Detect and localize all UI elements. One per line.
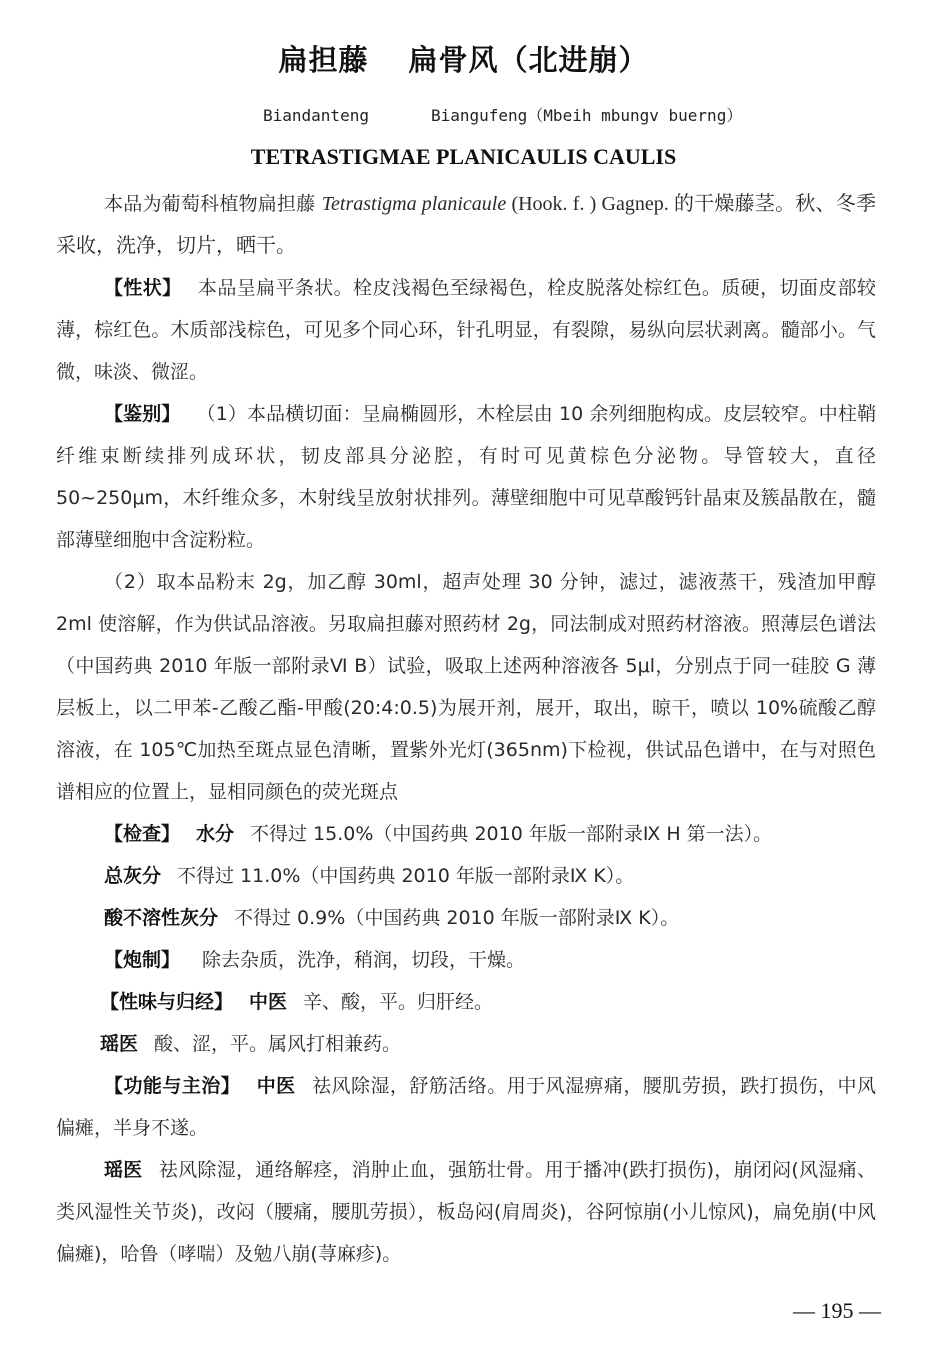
- water-text: 不得过 15.0%（中国药典 2010 年版一部附录Ⅸ H 第一法）。: [250, 823, 772, 845]
- function-yao-label: 瑶医: [104, 1159, 143, 1181]
- monograph-body: 本品为葡萄科植物扁担藤 Tetrastigma planicaule (Hook…: [56, 183, 876, 1275]
- identification-item-2: （2）取本品粉末 2g，加乙醇 30ml，超声处理 30 分钟，滤过，滤液蒸干，…: [56, 571, 876, 803]
- nature-yao-line: 瑶医酸、涩，平。属风打相兼药。: [56, 1023, 876, 1065]
- processing-heading: 【炮制】: [104, 949, 180, 971]
- nature-heading: 【性味与归经】: [100, 991, 233, 1013]
- total-ash-text: 不得过 11.0%（中国药典 2010 年版一部附录Ⅸ K）。: [177, 865, 634, 887]
- identification-heading: 【鉴别】: [104, 403, 180, 425]
- total-ash-line: 总灰分不得过 11.0%（中国药典 2010 年版一部附录Ⅸ K）。: [56, 855, 876, 897]
- scientific-name: Tetrastigma planicaule: [322, 193, 507, 215]
- intro-text-a: 本品为葡萄科植物扁担藤: [104, 193, 322, 215]
- function-yao-text: 祛风除湿，通络解痉，消肿止血，强筋壮骨。用于播冲(跌打损伤)，崩闭闷(风湿痛、类…: [56, 1159, 876, 1265]
- inspection-heading: 【检查】: [104, 823, 180, 845]
- identification-item-1: （1）本品横切面：呈扁椭圆形，木栓层由 10 余列细胞构成。皮层较窄。中柱鞘纤维…: [56, 403, 876, 551]
- identification-section-2: （2）取本品粉末 2g，加乙醇 30ml，超声处理 30 分钟，滤过，滤液蒸干，…: [56, 561, 876, 813]
- acid-insoluble-ash-line: 酸不溶性灰分不得过 0.9%（中国药典 2010 年版一部附录Ⅸ K）。: [56, 897, 876, 939]
- page-number: — 195 —: [793, 1298, 881, 1324]
- nature-tcm-text: 辛、酸，平。归肝经。: [303, 991, 493, 1013]
- function-heading: 【功能与主治】: [104, 1075, 240, 1097]
- total-ash-label: 总灰分: [104, 865, 161, 887]
- characters-heading: 【性状】: [104, 277, 182, 299]
- latin-drug-name: TETRASTIGMAE PLANICAULIS CAULIS: [0, 144, 927, 170]
- intro-paragraph: 本品为葡萄科植物扁担藤 Tetrastigma planicaule (Hook…: [56, 183, 876, 267]
- nature-yao-label: 瑶医: [100, 1033, 138, 1055]
- nature-yao-text: 酸、涩，平。属风打相兼药。: [154, 1033, 401, 1055]
- title-chinese-name: 扁担藤: [278, 43, 368, 77]
- inspection-section: 【检查】水分不得过 15.0%（中国药典 2010 年版一部附录Ⅸ H 第一法）…: [56, 813, 876, 855]
- function-tcm-label: 中医: [256, 1075, 295, 1097]
- page-title: 扁担藤扁骨风（北进崩）: [0, 38, 927, 79]
- processing-text: 除去杂质，洗净，稍润，切段，干燥。: [202, 949, 525, 971]
- function-yao-section: 瑶医祛风除湿，通络解痉，消肿止血，强筋壮骨。用于播冲(跌打损伤)，崩闭闷(风湿痛…: [56, 1149, 876, 1275]
- pinyin-alternative-name: Biangufeng（Mbeih mbungv buerng）: [431, 106, 742, 125]
- pinyin-line: BiandantengBiangufeng（Mbeih mbungv buern…: [263, 103, 742, 126]
- function-section: 【功能与主治】中医祛风除湿，舒筋活络。用于风湿痹痛，腰肌劳损，跌打损伤，中风偏瘫…: [56, 1065, 876, 1149]
- processing-section: 【炮制】除去杂质，洗净，稍润，切段，干燥。: [56, 939, 876, 981]
- acid-ash-label: 酸不溶性灰分: [104, 907, 218, 929]
- characters-section: 【性状】本品呈扁平条状。栓皮浅褐色至绿褐色，栓皮脱落处棕红色。质硬，切面皮部较薄…: [56, 267, 876, 393]
- nature-section: 【性味与归经】中医辛、酸，平。归肝经。: [56, 981, 876, 1023]
- nature-tcm-label: 中医: [249, 991, 287, 1013]
- pinyin-name: Biandanteng: [263, 106, 369, 125]
- water-label: 水分: [196, 823, 234, 845]
- document-page: 扁担藤扁骨风（北进崩） BiandantengBiangufeng（Mbeih …: [0, 0, 927, 1353]
- identification-section-1: 【鉴别】（1）本品横切面：呈扁椭圆形，木栓层由 10 余列细胞构成。皮层较窄。中…: [56, 393, 876, 561]
- acid-ash-text: 不得过 0.9%（中国药典 2010 年版一部附录Ⅸ K）。: [234, 907, 679, 929]
- title-alternative-name: 扁骨风（北进崩）: [409, 43, 649, 77]
